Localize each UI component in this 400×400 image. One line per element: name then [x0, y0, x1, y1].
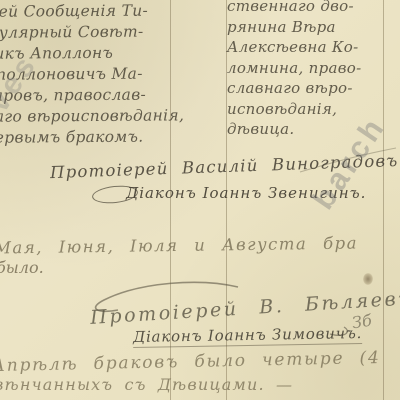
manuscript-line: славнаго вѣро- [227, 78, 400, 99]
manuscript-line: наго вѣроисповѣданія, [0, 105, 194, 127]
paper-blemish-spot [363, 273, 373, 285]
scanned-register-page: тей Сообщенія Ти- тулярный Совѣт- никъ А… [0, 0, 400, 400]
april-note-line2: вѣнчанныхъ съ Дѣвицами. — [0, 375, 293, 394]
months-note-line1: Мая, Іюня, Іюля и Августа бра [0, 233, 358, 257]
months-note-line2: было. [0, 258, 44, 277]
april-note-line1: Апрѣлѣ браковъ было четыре (4 [0, 348, 381, 376]
manuscript-line: ственнаго дво- [227, 0, 400, 17]
manuscript-line: Алексѣевна Ко- [227, 37, 400, 58]
manuscript-line: первымъ бракомъ. [0, 126, 195, 148]
manuscript-line: тей Сообщенія Ти- [0, 0, 194, 22]
manuscript-line: ломнина, право- [227, 58, 400, 79]
manuscript-line: тулярный Совѣт- [0, 21, 194, 43]
manuscript-line: рянина Вѣра [227, 17, 400, 38]
deacon-signature-second: Діаконъ Іоаннъ Зимовичъ. [133, 324, 362, 348]
